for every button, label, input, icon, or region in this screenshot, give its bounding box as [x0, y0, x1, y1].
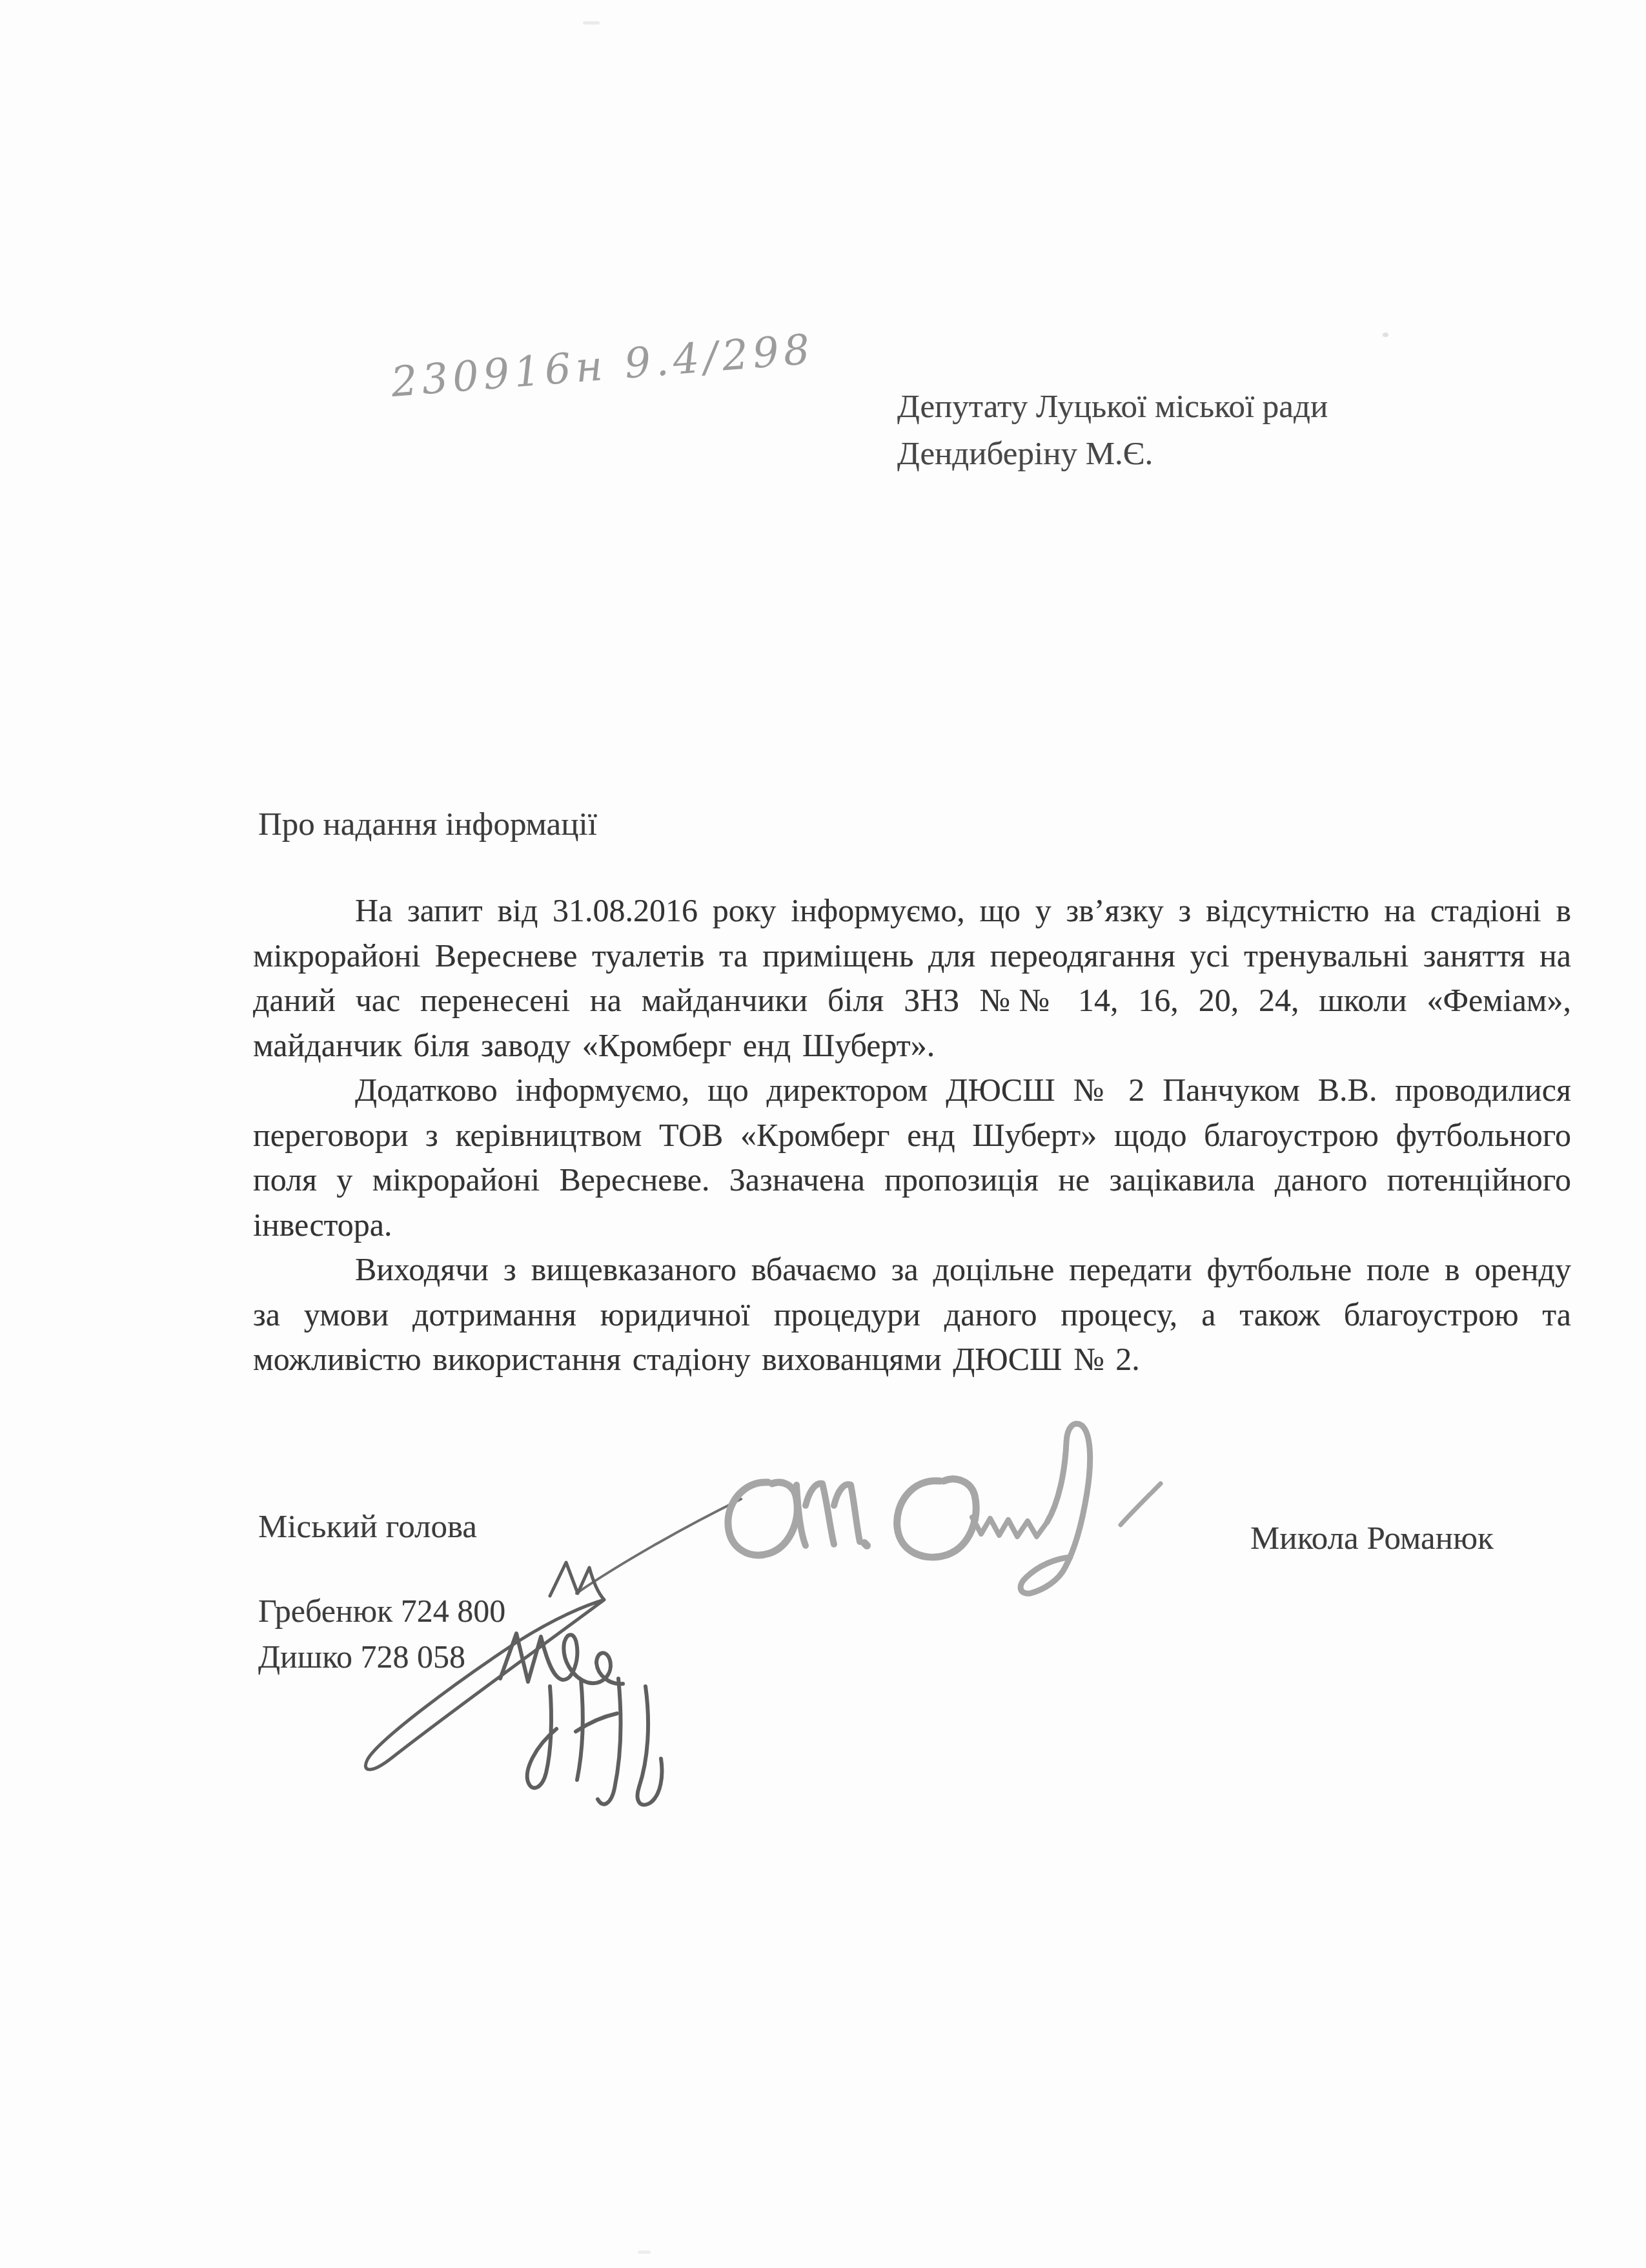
- recipient-block: Депутату Луцької міської ради Дендиберін…: [897, 383, 1328, 478]
- scan-speck: [583, 21, 600, 25]
- body-paragraph-3: Виходячи з вищевказаного вбачаємо за доц…: [253, 1247, 1571, 1382]
- signer-position-title: Міський голова: [258, 1508, 477, 1546]
- body-paragraph-2: Додатково інформуємо, що директором ДЮСШ…: [253, 1068, 1571, 1247]
- contact-line-1: Гребенюк 724 800: [258, 1588, 505, 1634]
- body-paragraph-1: На запит від 31.08.2016 року інформуємо,…: [253, 888, 1571, 1068]
- recipient-line-1: Депутату Луцької міської ради: [897, 383, 1328, 431]
- signer-name: Микола Романюк: [1250, 1520, 1494, 1557]
- contacts-block: Гребенюк 724 800 Дишко 728 058: [258, 1588, 505, 1680]
- contact-line-2: Дишко 728 058: [258, 1634, 505, 1680]
- scan-speck: [638, 2251, 651, 2254]
- handwritten-registration-number: 230916н 9.4/298: [389, 326, 816, 407]
- letter-page: 230916н 9.4/298 Депутату Луцької міської…: [0, 0, 1646, 2268]
- recipient-line-2: Дендиберіну М.Є.: [897, 431, 1328, 478]
- letter-body: На запит від 31.08.2016 року інформуємо,…: [253, 888, 1571, 1382]
- scan-speck: [1383, 332, 1388, 337]
- subject-line: Про надання інформації: [258, 806, 597, 843]
